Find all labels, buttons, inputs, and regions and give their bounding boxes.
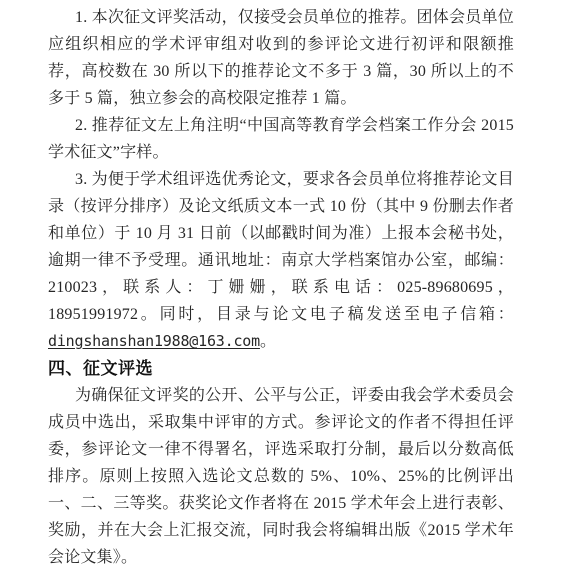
email-link[interactable]: dingshanshan1988@163.com bbox=[48, 332, 260, 350]
paragraph-item-3-text: 3. 为便于学术组评选优秀论文，要求各会员单位将推荐论文目录（按评分排序）及论文… bbox=[48, 171, 514, 323]
paragraph-item-3: 3. 为便于学术组评选优秀论文，要求各会员单位将推荐论文目录（按评分排序）及论文… bbox=[48, 166, 514, 355]
paragraph-item-1: 1. 本次征文评奖活动，仅接受会员单位的推荐。团体会员单位应组织相应的学术评审组… bbox=[48, 4, 514, 112]
section-heading-4: 四、征文评选 bbox=[48, 355, 514, 382]
paragraph-section-4-body: 为确保征文评奖的公开、公平与公正，评委由我会学术委员会成员中选出，采取集中评审的… bbox=[48, 382, 514, 569]
paragraph-item-3-period: 。 bbox=[260, 333, 276, 350]
paragraph-item-2: 2. 推荐征文左上角注明“中国高等教育学会档案工作分会 2015 学术征文”字样… bbox=[48, 112, 514, 166]
document-page: 1. 本次征文评奖活动，仅接受会员单位的推荐。团体会员单位应组织相应的学术评审组… bbox=[0, 0, 570, 569]
